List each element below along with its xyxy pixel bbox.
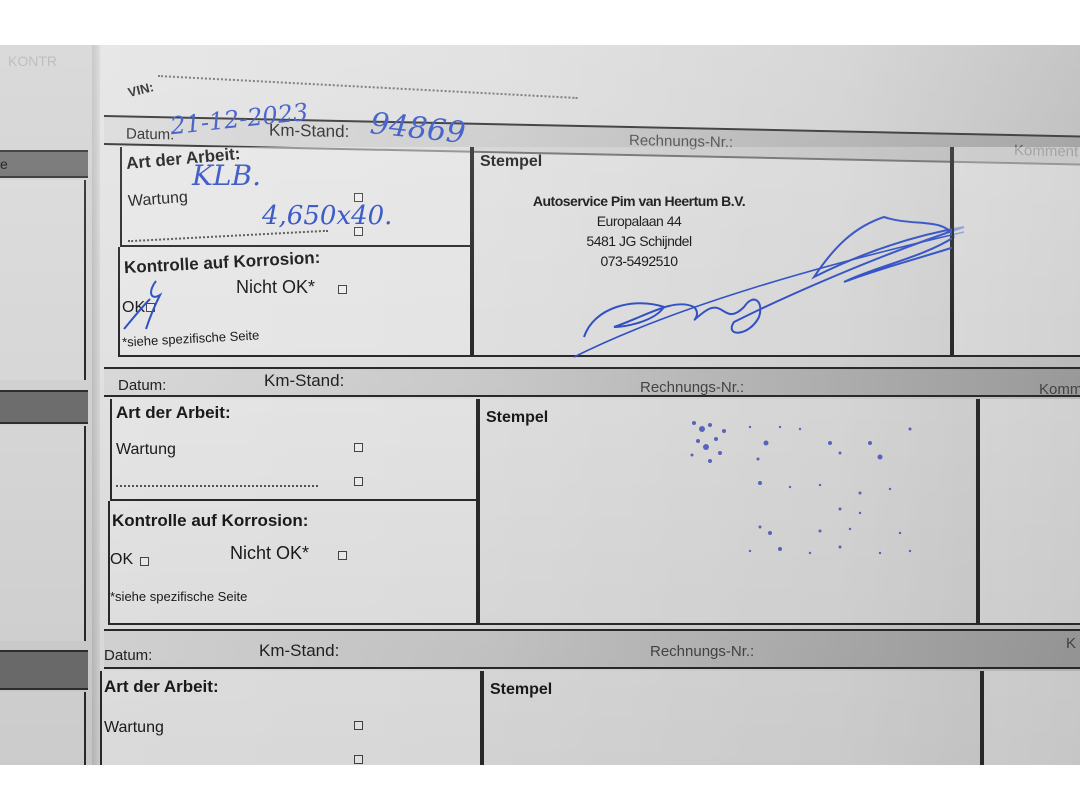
- entry-header-band: Datum: Km-Stand: Rechnungs-Nr.: Komm: [104, 367, 1080, 397]
- other-work-line: [128, 230, 328, 242]
- art-der-arbeit-cell: Art der Arbeit: KLB. Wartung 4,650x40.: [120, 147, 472, 247]
- left-page-box-3: [0, 692, 86, 765]
- stempel-label: Stempel: [486, 409, 548, 427]
- faded-stamp-imprint: [680, 413, 940, 563]
- vin-field-line: [158, 75, 578, 99]
- km-stand-label: Km-Stand:: [259, 641, 339, 661]
- art-der-arbeit-cell: Art der Arbeit: Wartung: [100, 671, 482, 765]
- art-der-arbeit-label: Art der Arbeit:: [116, 403, 231, 423]
- stempel-cell: Stempel: [482, 671, 982, 765]
- left-page-box: [0, 180, 86, 380]
- left-page-box-2: [0, 426, 86, 641]
- stempel-cell: Stempel Autoservice Pim van Heertum B.V.…: [472, 147, 952, 357]
- signature-icon: [554, 187, 974, 367]
- wartung-label: Wartung: [104, 719, 164, 737]
- ok-label: OK: [110, 551, 133, 569]
- other-work-checkbox[interactable]: [354, 755, 363, 764]
- other-work-checkbox[interactable]: [354, 477, 363, 486]
- stempel-label: Stempel: [490, 681, 552, 699]
- wartung-label: Wartung: [116, 441, 176, 459]
- left-page-fragment: e: [0, 156, 8, 172]
- nicht-ok-checkbox[interactable]: [338, 551, 347, 560]
- rechnungs-nr-label: Rechnungs-Nr.:: [650, 643, 754, 660]
- service-record-page: VIN: Datum: Km-Stand: Rechnungs-Nr.: Kom…: [100, 45, 1080, 765]
- other-work-checkbox[interactable]: [354, 227, 363, 236]
- other-work-line: [116, 485, 318, 487]
- wartung-label: Wartung: [127, 189, 188, 211]
- ok-checkmark-icon: [120, 277, 180, 337]
- wartung-checkbox[interactable]: [354, 721, 363, 730]
- ok-checkbox[interactable]: [140, 557, 149, 566]
- datum-label: Datum:: [118, 377, 166, 394]
- korrosion-cell: Kontrolle auf Korrosion: Nicht OK* OK *s…: [108, 501, 478, 625]
- art-der-arbeit-handwritten: KLB.: [192, 159, 261, 192]
- bleed-through-text: KONTR: [8, 53, 57, 69]
- stempel-label: Stempel: [480, 153, 542, 171]
- datum-label: Datum:: [104, 647, 152, 664]
- vin-label: VIN:: [126, 79, 155, 100]
- left-page-header-band: e: [0, 150, 88, 178]
- kommentar-label: K: [1066, 635, 1076, 652]
- nicht-ok-label: Nicht OK*: [230, 543, 309, 564]
- nicht-ok-label: Nicht OK*: [236, 277, 315, 298]
- nicht-ok-checkbox[interactable]: [338, 285, 347, 294]
- kommentar-cell: [982, 671, 1080, 765]
- korrosion-cell: Kontrolle auf Korrosion: Nicht OK* OK *s…: [118, 247, 472, 357]
- entry-header-band: Datum: Km-Stand: Rechnungs-Nr.: K: [104, 629, 1080, 669]
- left-page-header-band-3: [0, 650, 88, 690]
- other-work-handwritten: 4,650x40.: [262, 201, 392, 231]
- art-der-arbeit-cell: Art der Arbeit: Wartung: [110, 399, 478, 501]
- datum-label: Datum:: [126, 125, 174, 143]
- km-stand-label: Km-Stand:: [264, 371, 344, 391]
- kommentar-cell: [978, 399, 1080, 625]
- stempel-cell: Stempel: [478, 399, 978, 625]
- wartung-checkbox[interactable]: [354, 443, 363, 452]
- document-photo: KONTR e VIN: Datum: Km-Stand: Rechnungs-…: [0, 45, 1080, 765]
- korrosion-label: Kontrolle auf Korrosion:: [124, 248, 321, 278]
- korrosion-label: Kontrolle auf Korrosion:: [112, 511, 308, 531]
- kommentar-label: Komm: [1039, 381, 1080, 398]
- kommentar-cell: [952, 147, 1080, 357]
- art-der-arbeit-label: Art der Arbeit:: [104, 677, 219, 697]
- left-page-header-band-2: [0, 390, 88, 424]
- rechnungs-nr-label: Rechnungs-Nr.:: [640, 379, 744, 396]
- footnote: *siehe spezifische Seite: [110, 589, 247, 604]
